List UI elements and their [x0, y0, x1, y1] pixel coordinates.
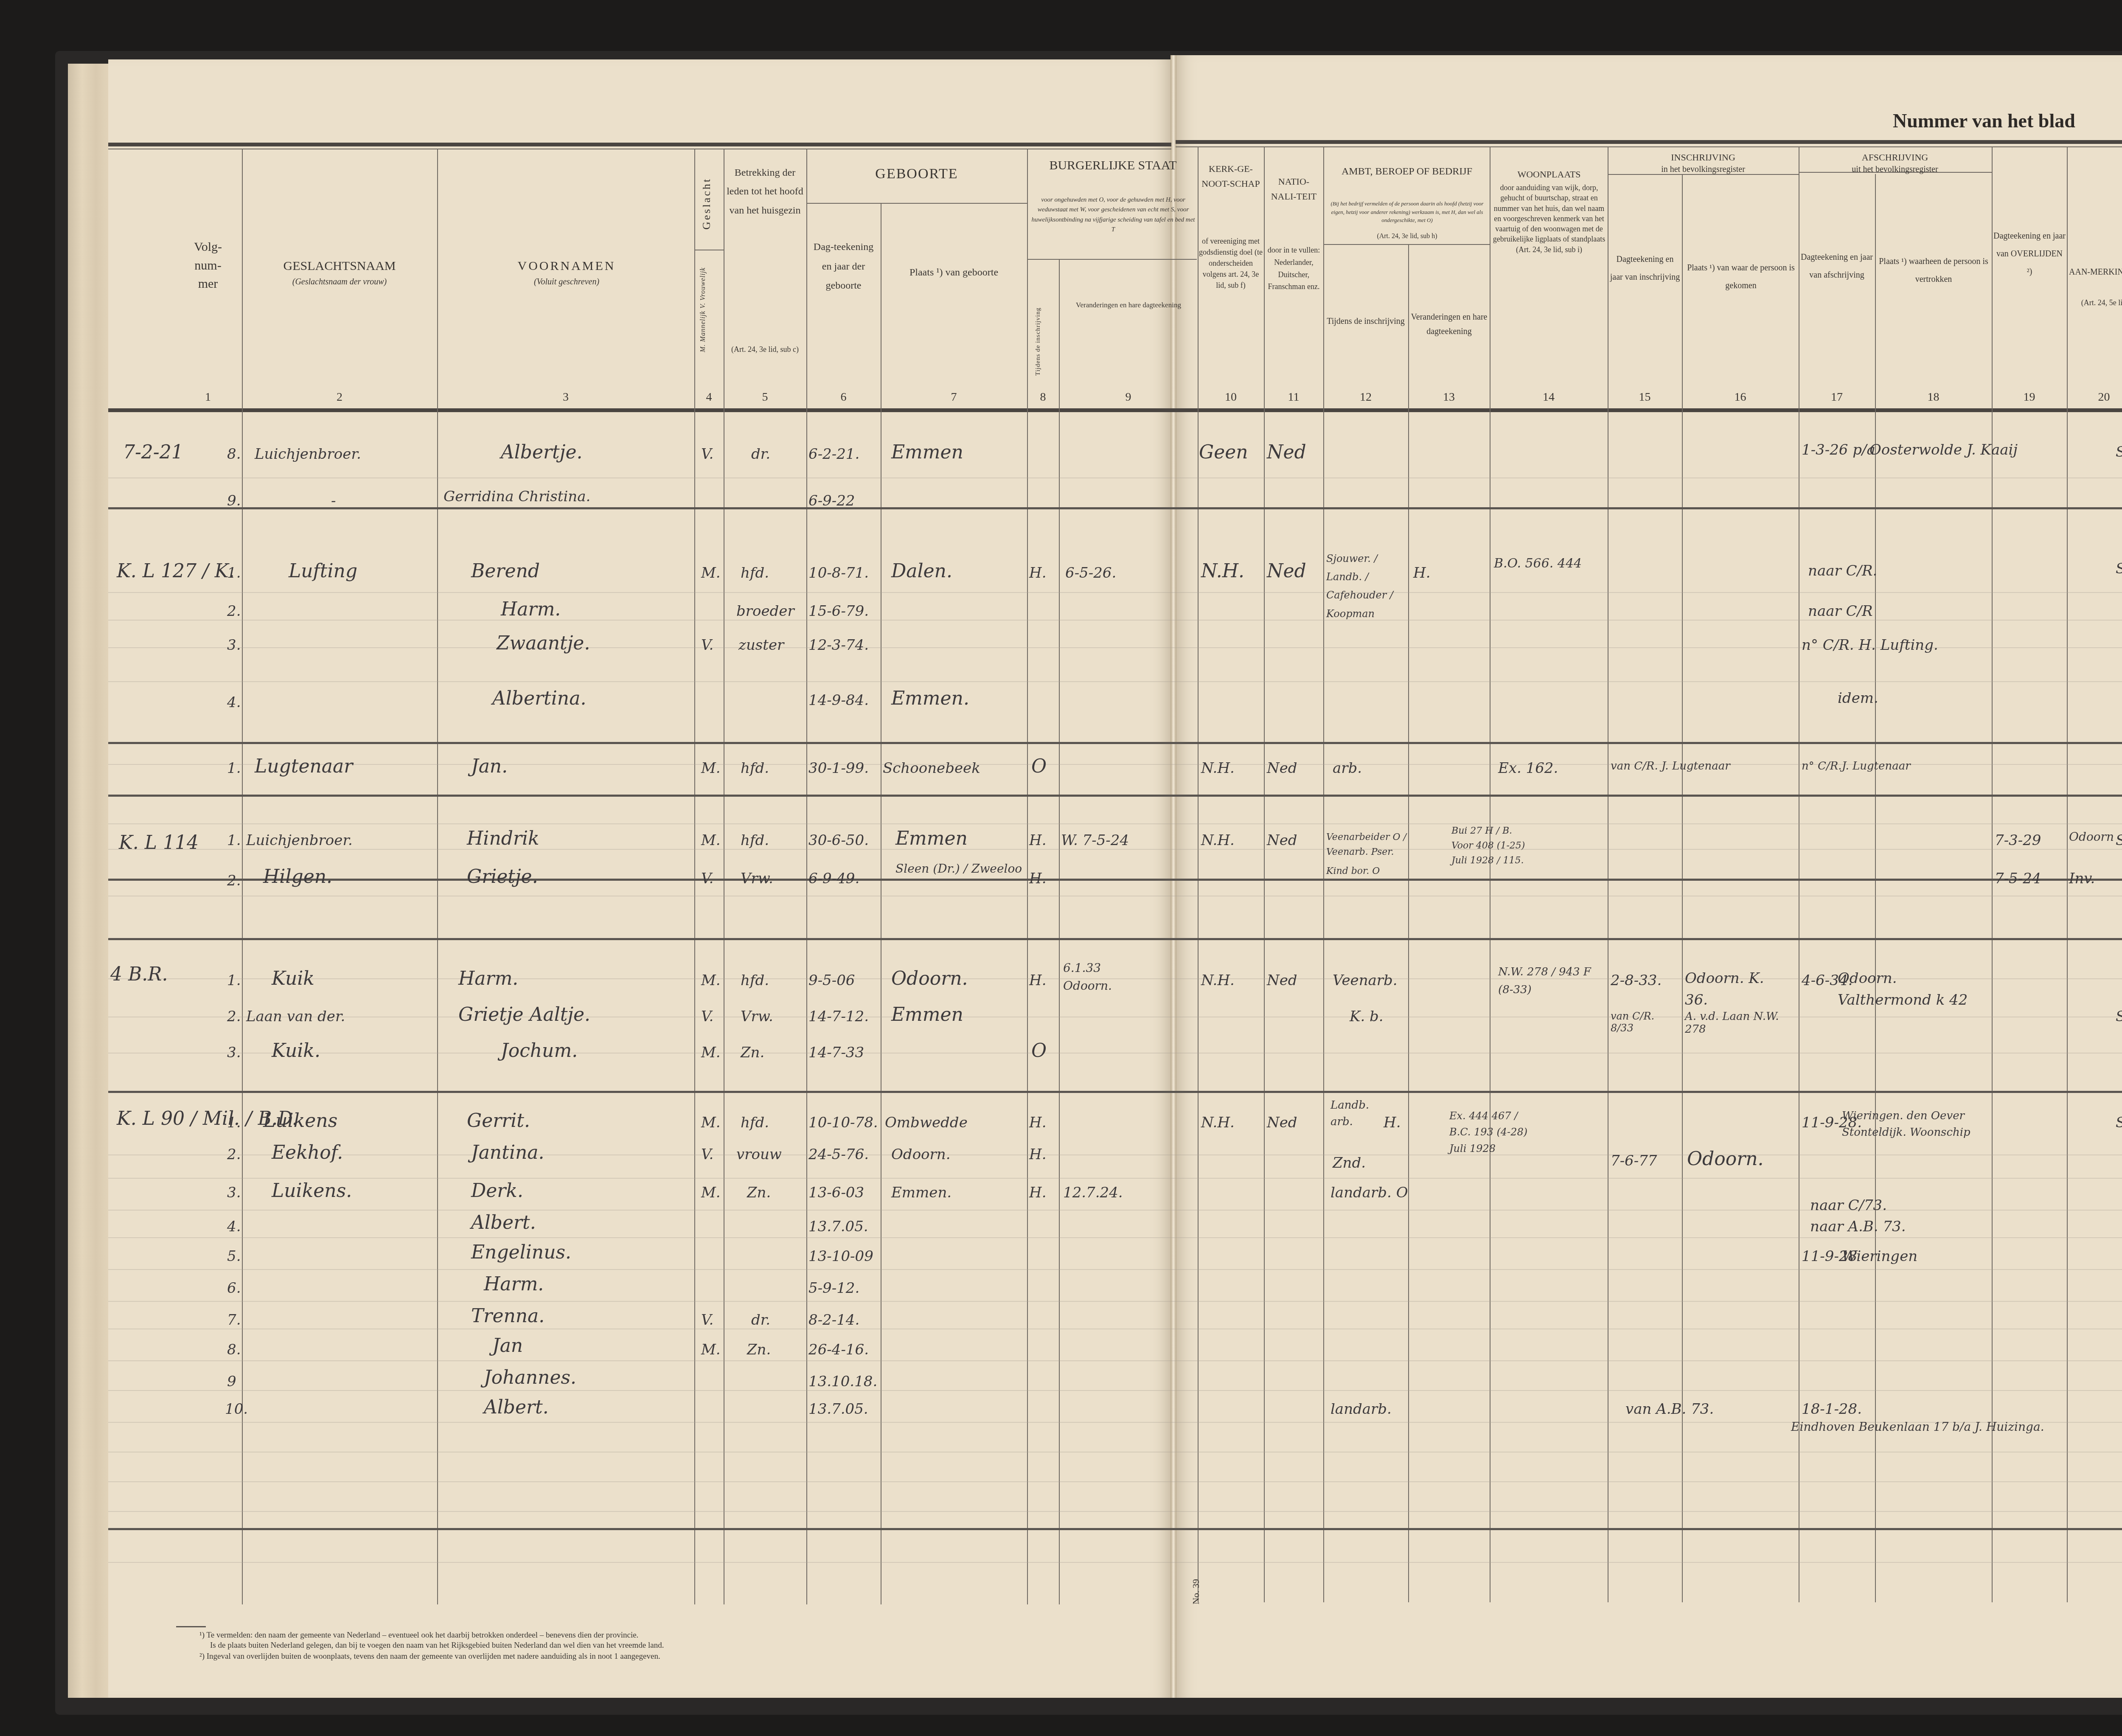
sex: V.: [701, 637, 713, 654]
ambt-art: (Art. 24, 3e lid, sub h): [1328, 231, 1487, 241]
ruled-line: [108, 1269, 2122, 1270]
ruled-line: [108, 1562, 2122, 1563]
birth-date: 13.7.05.: [808, 1218, 868, 1235]
col-number: 16: [1682, 390, 1799, 404]
ruled-line: [108, 1178, 2122, 1179]
col-number: 8: [1027, 390, 1059, 404]
surname: -: [331, 492, 336, 509]
col-divider: [694, 149, 695, 1604]
sheet-number-label: Nummer van het blad: [1893, 110, 2075, 132]
member-number: 10.: [225, 1401, 248, 1418]
member-number: 9: [227, 1373, 236, 1390]
relation: zuster: [738, 637, 784, 654]
member-number: 5.: [227, 1248, 241, 1265]
col-divider: [1198, 146, 1199, 1602]
given-names: Gerridina Christina.: [443, 488, 590, 505]
col5-header: Betrekking der leden tot het hoofd van h…: [726, 163, 804, 220]
col-number: 7: [881, 390, 1027, 404]
sex: V.: [701, 1146, 713, 1163]
occupation: Sjouwer. / Landb. / Cafehouder / Koopman: [1326, 550, 1405, 623]
civil-status: H.: [1029, 1114, 1046, 1131]
departure-place: naar C/R.: [1808, 562, 1877, 579]
remark: Su: [2116, 1114, 2122, 1131]
col-number: 11: [1264, 390, 1323, 404]
ruled-line: [108, 1237, 2122, 1238]
ruled-line: [108, 592, 2122, 593]
col2-header: GESLACHTSNAAM: [244, 257, 435, 275]
header-top-rule-thin: [108, 149, 1171, 149]
relation: vrouw: [736, 1146, 782, 1163]
relation: dr.: [751, 446, 770, 463]
arrival-date: 7-6-77: [1611, 1152, 1657, 1169]
surname: Lugtenaar: [255, 756, 353, 777]
birth-date: 13-10-09: [808, 1248, 873, 1265]
col-divider: [1608, 146, 1608, 1602]
birthplace: Emmen: [895, 828, 968, 849]
relation: hfd.: [741, 972, 769, 989]
household-separator: [108, 742, 2122, 744]
col8-header: Tijdens de inschrijving: [1035, 306, 1042, 378]
departure-place: n° C/R. H. Lufting.: [1802, 637, 1938, 654]
ruled-line: [108, 823, 2122, 824]
civil-status-change: 6.1.33 Odoorn.: [1063, 959, 1110, 995]
sex: V.: [701, 870, 713, 887]
civil-status: H.: [1029, 1184, 1046, 1201]
given-names: Derk.: [471, 1180, 523, 1202]
household-marker: K. L 127 / K.: [117, 560, 235, 582]
given-names: Grietje Aaltje.: [458, 1004, 590, 1025]
given-names: Engelinus.: [471, 1242, 571, 1263]
geboorte-group-header: GEBOORTE: [806, 163, 1027, 184]
surname: Luichjenbroer.: [246, 832, 353, 849]
ruled-line: [108, 1452, 2122, 1452]
col9-header: Veranderingen en hare dagteekening: [1061, 297, 1196, 313]
col-number: 10: [1198, 390, 1264, 404]
ruled-line: [108, 1390, 2122, 1391]
sex: M.: [701, 1114, 721, 1131]
member-number: 3.: [227, 1184, 241, 1201]
burgerlijke-note: voor ongehuwden met O, voor de gehuwden …: [1030, 195, 1196, 235]
address: Ex. 162.: [1498, 760, 1558, 777]
given-names: Harm.: [501, 598, 561, 620]
household-separator: [108, 1091, 2122, 1093]
relation: Zn.: [747, 1341, 771, 1358]
occupation: landarb.: [1330, 1401, 1392, 1418]
member-number: 1.: [227, 1114, 241, 1131]
col7-header: Plaats ¹) van geboorte: [883, 263, 1025, 283]
ruled-line: [108, 478, 2122, 478]
ambt-note: (Bij het bedrijf vermelden of de persoon…: [1328, 199, 1487, 225]
given-names: Berend: [471, 560, 540, 582]
col-number: 14: [1490, 390, 1608, 404]
address: Bui 27 H / B. Voor 408 (1-25) Juli 1928 …: [1451, 823, 1532, 868]
church: N.H.: [1201, 560, 1244, 582]
departure-date: 1-3-26 p/a: [1802, 441, 1875, 458]
birth-date: 5-9-12.: [808, 1280, 859, 1297]
given-names: Zwaantje.: [497, 632, 590, 654]
occupation: Veenarb.: [1333, 972, 1398, 989]
col-divider: [1264, 146, 1265, 1602]
col-number: 20: [2067, 390, 2122, 404]
departure-date: n° C/R.: [1802, 760, 1842, 772]
surname: Hilgen.: [263, 866, 332, 888]
sex: M.: [701, 1184, 721, 1201]
occupation: Veenarbeider O / Veenarb. Pser.: [1326, 830, 1407, 860]
relation: hfd.: [741, 1114, 769, 1131]
occupation: K. b.: [1350, 1008, 1384, 1025]
birth-date: 30-6-50.: [808, 832, 869, 849]
birth-date: 14-7-12.: [808, 1008, 869, 1025]
household-separator: [108, 938, 2122, 940]
col3-header: VOORNAMEN: [439, 257, 694, 275]
arrival-date: van C/R. 8/33: [1611, 1010, 1679, 1034]
civil-status: H.: [1029, 832, 1046, 849]
footnote-2: ²) Ingeval van overlijden buiten de woon…: [199, 1652, 660, 1661]
birth-date: 6-9-49.: [808, 870, 859, 887]
death-place: Odoorn: [2069, 830, 2114, 844]
occupation: Kind bor. O: [1326, 866, 1380, 876]
birth-date: 10-10-78.: [808, 1114, 878, 1131]
col2-subheader: (Geslachtsnaam der vrouw): [244, 276, 435, 288]
col-divider: [806, 149, 807, 1604]
occupation: arb.: [1333, 760, 1362, 777]
col15-header: Dagteekening en jaar van inschrijving: [1609, 250, 1681, 286]
address: B.O. 566. 444: [1494, 556, 1604, 571]
birth-date: 6-9-22: [808, 492, 855, 509]
birth-date: 14-7-33: [808, 1044, 864, 1061]
death-place: Inv.: [2069, 870, 2095, 887]
col-number: 6: [806, 390, 881, 404]
remark: Su: [2116, 444, 2122, 461]
nationality: Ned: [1267, 1114, 1297, 1131]
birthplace: Odoorn.: [891, 968, 968, 989]
col5-subheader: (Art. 24, 3e lid, sub c): [726, 344, 804, 355]
col-number: 3: [437, 390, 694, 404]
given-names: Jan: [492, 1335, 523, 1357]
member-number: 2.: [227, 872, 241, 889]
ruled-line: [108, 1481, 2122, 1482]
surname: Eekhof.: [272, 1142, 343, 1163]
col18-header: Plaats ¹) waarheen de persoon is vertrok…: [1877, 253, 1990, 288]
death-date: 7-3-29: [1995, 832, 2041, 849]
church: N.H.: [1201, 832, 1235, 849]
ruled-line: [108, 1053, 2122, 1053]
ambt-rule: [1323, 244, 1490, 245]
col10-header: KERK-GE-NOOT-SCHAP: [1199, 161, 1263, 191]
col-divider: [724, 149, 724, 1604]
ruled-line: [108, 849, 2122, 850]
geboorte-rule: [806, 203, 1027, 204]
col-divider: [1875, 174, 1876, 1602]
departure-place: J. Lugtenaar: [1842, 760, 1911, 772]
relation: hfd.: [741, 565, 769, 581]
relation: hfd.: [741, 760, 769, 777]
col4-subheader: M. Mannelijk V. Vrouwelijk: [699, 255, 707, 365]
birthplace: Ombwedde: [885, 1114, 968, 1131]
col-divider: [2067, 146, 2068, 1602]
header-bottom-rule: [108, 408, 2122, 412]
arrival-place: Odoorn.: [1687, 1148, 1764, 1170]
departure-place: naar C/73.: [1810, 1197, 1887, 1214]
col-divider: [1992, 146, 1993, 1602]
household-separator: [108, 507, 2122, 509]
col17-header: Dagteekening en jaar van afschrijving: [1800, 248, 1873, 284]
sex: M.: [701, 832, 721, 849]
departure-place: Oosterwolde J. Kaaij: [1869, 441, 2018, 458]
col-number: 5: [724, 390, 806, 404]
col-divider: [881, 204, 881, 1604]
col-number: 13: [1408, 390, 1490, 404]
member-number: 4.: [227, 1218, 241, 1235]
given-names: Jochum.: [501, 1040, 578, 1062]
member-number: 6.: [227, 1280, 241, 1297]
member-number: 8.: [227, 1341, 241, 1358]
member-number: 1.: [227, 832, 241, 849]
sex: V.: [701, 1008, 713, 1025]
birthplace: Schoonebeek: [883, 760, 980, 777]
civil-status: H.: [1029, 972, 1046, 989]
afschrijving-group-header: AFSCHRIJVING: [1799, 151, 1990, 164]
col-number: 2: [242, 390, 437, 404]
birth-date: 14-9-84.: [808, 692, 869, 709]
departure-place: naar C/R: [1808, 603, 1873, 620]
col1-header: Volg-num-mer: [187, 238, 229, 293]
col20-header: AAN-MERKINGEN: [2069, 263, 2122, 281]
header-top-rule-right: [1176, 140, 2122, 144]
page-edges: [68, 64, 115, 1698]
col14-header: WOONPLAATS: [1492, 168, 1606, 181]
surname: Laan van der.: [246, 1008, 345, 1025]
member-number: 1.: [227, 760, 241, 777]
birth-date: 26-4-16.: [808, 1341, 869, 1358]
burgerlijke-rule: [1027, 259, 1197, 260]
footnote-rule: [176, 1626, 206, 1627]
civil-status-change: 6-5-26.: [1065, 565, 1116, 581]
arrival-place: van C/R. J. Lugtenaar: [1611, 760, 1730, 772]
occupation-code: H.: [1413, 565, 1430, 581]
member-number: 2.: [227, 603, 241, 620]
col11-header: NATIO-NALI-TEIT: [1266, 174, 1322, 204]
col-number: 17: [1799, 390, 1875, 404]
church: Geen: [1199, 441, 1248, 463]
remark: Su: [2116, 560, 2122, 577]
member-number: 7.: [227, 1312, 241, 1329]
given-names: Trenna.: [471, 1305, 545, 1327]
given-names: Hindrik: [467, 828, 539, 849]
ruled-line: [108, 1155, 2122, 1155]
birth-date: 10-8-71.: [808, 565, 869, 581]
member-number: 9.: [227, 492, 241, 509]
col-divider: [1490, 146, 1490, 1602]
col11-subheader: door in te vullen: Nederlander, Duitsche…: [1266, 244, 1322, 293]
given-names: Gerrit.: [467, 1110, 530, 1132]
given-names: Albert.: [484, 1396, 549, 1418]
nationality: Ned: [1267, 441, 1306, 463]
given-names: Albert.: [471, 1212, 536, 1233]
inschrijving-group-sub: in het bevolkingsregister: [1608, 163, 1798, 176]
church: N.H.: [1201, 760, 1235, 777]
sex: V.: [701, 446, 713, 463]
ruled-line: [108, 1511, 2122, 1512]
col19-header: Dagteekening en jaar van OVERLIJDEN ²): [1993, 227, 2066, 281]
col4-header: Geslacht: [700, 161, 713, 246]
given-names: Grietje.: [467, 866, 538, 888]
occupation: Znd.: [1333, 1155, 1366, 1171]
col-number: 1: [187, 390, 229, 404]
member-number: 4.: [227, 694, 241, 711]
death-date: 7-5-24: [1995, 870, 2041, 887]
col-divider: [242, 149, 243, 1604]
ruled-line: [108, 681, 2122, 682]
household-separator: [108, 795, 2122, 797]
col13-header: Veranderingen en hare dagteekening: [1410, 310, 1488, 339]
nationality: Ned: [1267, 760, 1297, 777]
departure-place: Wieringen. den Oever Stonteldijk. Woonsc…: [1842, 1108, 1986, 1141]
col-divider: [1682, 174, 1683, 1602]
relation: Vrw.: [741, 1008, 773, 1025]
nationality: Ned: [1267, 972, 1297, 989]
col-number: 18: [1875, 390, 1992, 404]
birthplace: Dalen.: [891, 560, 952, 582]
col-divider: [1323, 146, 1324, 1602]
col-number: 15: [1608, 390, 1682, 404]
surname: Lufting: [289, 560, 357, 582]
col-divider: [1408, 244, 1409, 1602]
birth-date: 30-1-99.: [808, 760, 869, 777]
remark: Su: [2116, 1008, 2122, 1025]
ruled-line: [108, 1017, 2122, 1017]
col-divider: [1799, 146, 1799, 1602]
given-names: Harm.: [484, 1273, 544, 1295]
relation: Vrw.: [741, 870, 773, 887]
birthplace: Emmen.: [891, 688, 969, 709]
departure-place: Eindhoven Beukenlaan 17 b/a J. Huizinga.: [1791, 1420, 2044, 1434]
given-names: Johannes.: [484, 1367, 576, 1388]
arrival-place: Odoorn. K. 36.: [1685, 968, 1791, 1011]
birthplace: Odoorn.: [891, 1146, 951, 1163]
afschrijving-group-sub: uit het bevolkingsregister: [1799, 163, 1990, 176]
surname: Luikens.: [272, 1180, 352, 1202]
sex: M.: [701, 1341, 721, 1358]
remark: Su: [2116, 832, 2122, 849]
departure-place: Wieringen: [1842, 1248, 1917, 1265]
col14-subheader: door aanduiding van wijk, dorp, gehucht …: [1492, 183, 1606, 255]
ruled-line: [108, 1329, 2122, 1329]
civil-status: H.: [1029, 870, 1046, 887]
member-number: 2.: [227, 1008, 241, 1025]
ruled-line: [108, 1301, 2122, 1302]
departure-place: idem.: [1838, 690, 1878, 707]
birthplace: Emmen.: [891, 1184, 952, 1201]
col-divider: [1027, 149, 1028, 1604]
relation: Zn.: [747, 1184, 771, 1201]
birth-date: 13.7.05.: [808, 1401, 868, 1418]
nationality: Ned: [1267, 832, 1297, 849]
member-number: 8.: [227, 446, 241, 463]
nationality: Ned: [1267, 560, 1306, 582]
given-names: Harm.: [458, 968, 518, 989]
surname: Luichjenbroer.: [255, 446, 361, 463]
col-number: 4: [694, 390, 724, 404]
footnote-1-cont: Is de plaats buiten Nederland gelegen, d…: [210, 1641, 664, 1650]
member-number: 1.: [227, 565, 241, 581]
sex: M.: [701, 760, 721, 777]
occupation: Landb. arb.: [1330, 1097, 1381, 1130]
col16-header: Plaats ¹) van waar de persoon is gekomen: [1684, 259, 1798, 295]
occupation: landarb. O: [1330, 1184, 1408, 1201]
birthplace: Sleen (Dr.) / Zweeloo: [895, 862, 1022, 876]
geslacht-rule: [694, 250, 724, 250]
civil-status-change: 12.7.24.: [1063, 1184, 1123, 1201]
footnote-1: ¹) Te vermelden: den naam der gemeente v…: [199, 1631, 638, 1640]
sex: V.: [701, 1312, 713, 1329]
member-number: 1.: [227, 972, 241, 989]
church: N.H.: [1201, 1114, 1235, 1131]
given-names: Albertina.: [492, 688, 586, 709]
relation: Zn.: [741, 1044, 764, 1061]
sex: M.: [701, 565, 721, 581]
birth-date: 9-5-06: [808, 972, 855, 989]
birth-date: 8-2-14.: [808, 1312, 859, 1329]
col12-header: Tijdens de inschrijving: [1325, 314, 1406, 329]
sex: M.: [701, 972, 721, 989]
birthplace: Emmen: [891, 1004, 963, 1025]
arrival-date: 2-8-33.: [1611, 972, 1662, 989]
relation: hfd.: [741, 832, 769, 849]
birth-date: 13-6-03: [808, 1184, 864, 1201]
birth-date: 15-6-79.: [808, 603, 869, 620]
departure-date: 18-1-28.: [1802, 1401, 1862, 1418]
col20-subheader: (Art. 24, 5e lid): [2069, 297, 2122, 308]
birth-date: 13.10.18.: [808, 1373, 877, 1390]
relation: dr.: [751, 1312, 770, 1329]
birth-date: 24-5-76.: [808, 1146, 869, 1163]
address: N.W. 278 / 943 F (8-33): [1498, 964, 1604, 999]
address: Ex. 444 467 / B.C. 193 (4-28) Juli 1928: [1449, 1108, 1534, 1157]
member-number: 2.: [227, 1146, 241, 1163]
header-top-rule: [108, 143, 1171, 146]
surname: Kuik.: [272, 1040, 320, 1062]
col-number: 9: [1059, 390, 1198, 404]
household-separator: [108, 879, 2122, 881]
birth-date: 6-2-21.: [808, 446, 859, 463]
surname: Kuik: [272, 968, 314, 989]
sex: M.: [701, 1044, 721, 1061]
form-number: No. 39: [1190, 1579, 1201, 1604]
civil-status: H.: [1029, 565, 1046, 581]
col-divider: [437, 149, 438, 1604]
departure-place: naar A.B. 73.: [1810, 1218, 1906, 1235]
departure-place: Odoorn. Valthermond k 42: [1838, 968, 1982, 1011]
col6-header: Dag-teekening en jaar der geboorte: [808, 238, 879, 296]
ruled-line: [108, 896, 2122, 896]
civil-status: O: [1031, 756, 1047, 777]
civil-status: H.: [1029, 1146, 1046, 1163]
arrival-place: A. v.d. Laan N.W. 278: [1685, 1010, 1791, 1036]
ruled-line: [108, 1360, 2122, 1361]
relation: broeder: [736, 603, 794, 620]
given-names: Jantina.: [471, 1142, 545, 1163]
household-marker: 7-2-21: [123, 441, 183, 463]
civil-status: O: [1031, 1040, 1047, 1062]
ruled-line: [108, 620, 2122, 621]
birth-date: 12-3-74.: [808, 637, 869, 654]
household-marker: 4 B.R.: [110, 964, 168, 985]
member-number: 3.: [227, 1044, 241, 1061]
given-names: Albertje.: [501, 441, 582, 463]
ambt-group-header: AMBT, BEROEP OF BEDRIJF: [1326, 163, 1488, 180]
occupation-code: H.: [1384, 1114, 1401, 1131]
